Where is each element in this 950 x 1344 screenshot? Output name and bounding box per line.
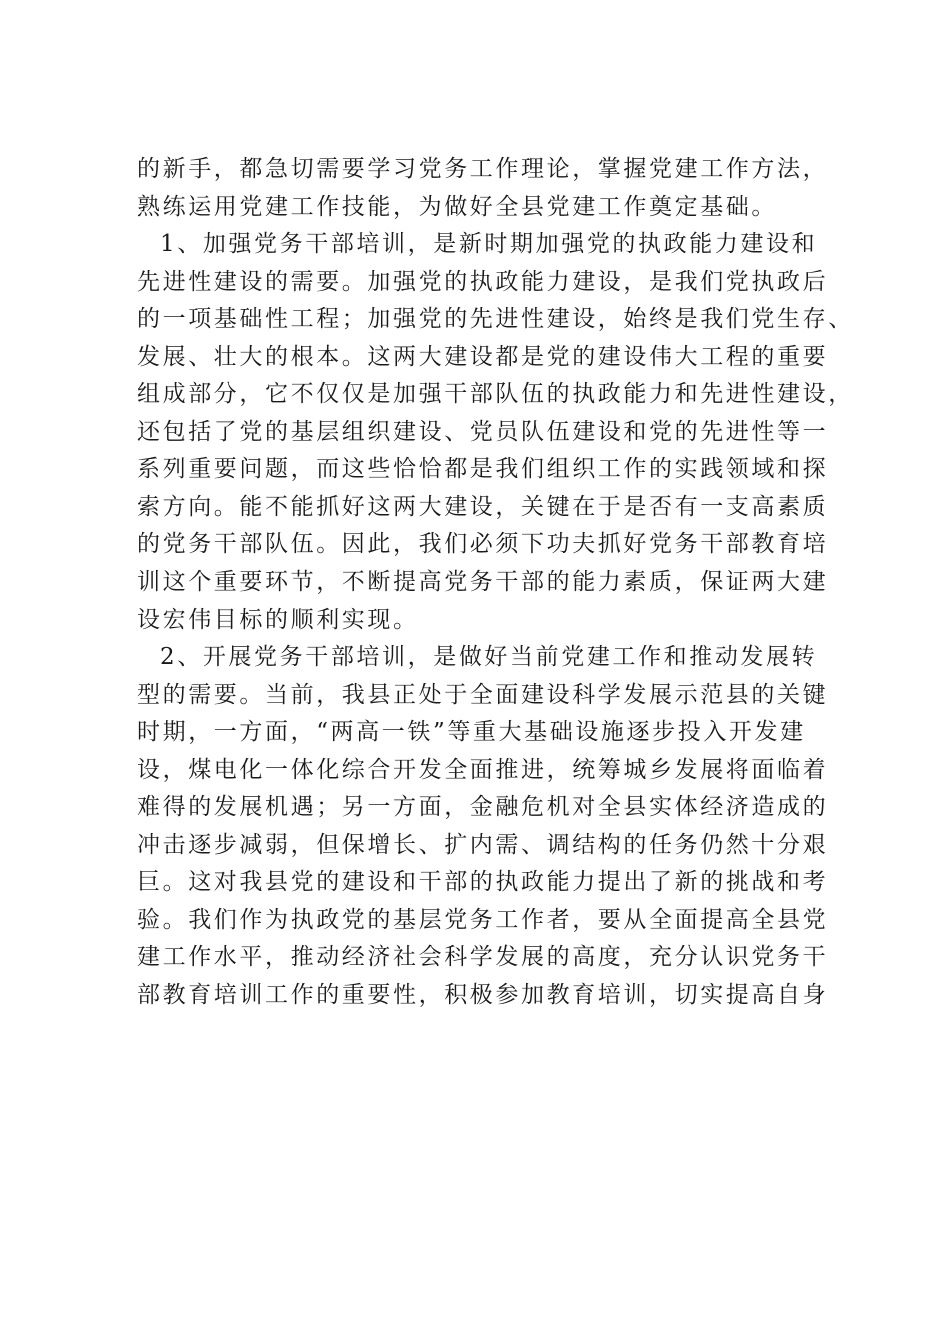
text-line: 时期，一方面，“两高一铁”等重大基础设施逐步投入开发建 [137,713,827,751]
text-line: 难得的发展机遇；另一方面，金融危机对全县实体经济造成的 [137,788,827,826]
paragraph-1-heading-line: 1、加强党务干部培训，是新时期加强党的执政能力建设和 [160,225,850,263]
text-line: 设，煤电化一体化综合开发全面推进，统筹城乡发展将面临着 [137,751,827,789]
text-line: 熟练运用党建工作技能，为做好全县党建工作奠定基础。 [137,188,827,226]
text-line: 还包括了党的基层组织建设、党员队伍建设和党的先进性等一 [137,413,827,451]
text-line: 建工作水平，推动经济社会科学发展的高度，充分认识党务干 [137,938,827,976]
text-line: 验。我们作为执政党的基层党务工作者，要从全面提高全县党 [137,901,827,939]
text-line: 系列重要问题，而这些恰恰都是我们组织工作的实践领域和探 [137,450,827,488]
paragraph-2-heading-line: 2、开展党务干部培训，是做好当前党建工作和推动发展转 [160,638,850,676]
text-line: 巨。这对我县党的建设和干部的执政能力提出了新的挑战和考 [137,863,827,901]
text-line: 训这个重要环节，不断提高党务干部的能力素质，保证两大建 [137,563,827,601]
text-line: 型的需要。当前，我县正处于全面建设科学发展示范县的关键 [137,676,827,714]
text-line: 设宏伟目标的顺利实现。 [137,601,827,639]
text-line: 发展、壮大的根本。这两大建设都是党的建设伟大工程的重要 [137,338,827,376]
text-line: 组成部分，它不仅仅是加强干部队伍的执政能力和先进性建设， [137,375,827,413]
text-line: 索方向。能不能抓好这两大建设，关键在于是否有一支高素质 [137,488,827,526]
text-line: 的党务干部队伍。因此，我们必须下功夫抓好党务干部教育培 [137,525,827,563]
text-line: 部教育培训工作的重要性，积极参加教育培训，切实提高自身 [137,976,827,1014]
document-page: 的新手，都急切需要学习党务工作理论，掌握党建工作方法， 熟练运用党建工作技能，为… [0,0,950,1344]
text-line: 的一项基础性工程；加强党的先进性建设，始终是我们党生存、 [137,300,827,338]
text-line: 先进性建设的需要。加强党的执政能力建设，是我们党执政后 [137,263,827,301]
text-line: 的新手，都急切需要学习党务工作理论，掌握党建工作方法， [137,150,827,188]
text-line: 冲击逐步减弱，但保增长、扩内需、调结构的任务仍然十分艰 [137,826,827,864]
